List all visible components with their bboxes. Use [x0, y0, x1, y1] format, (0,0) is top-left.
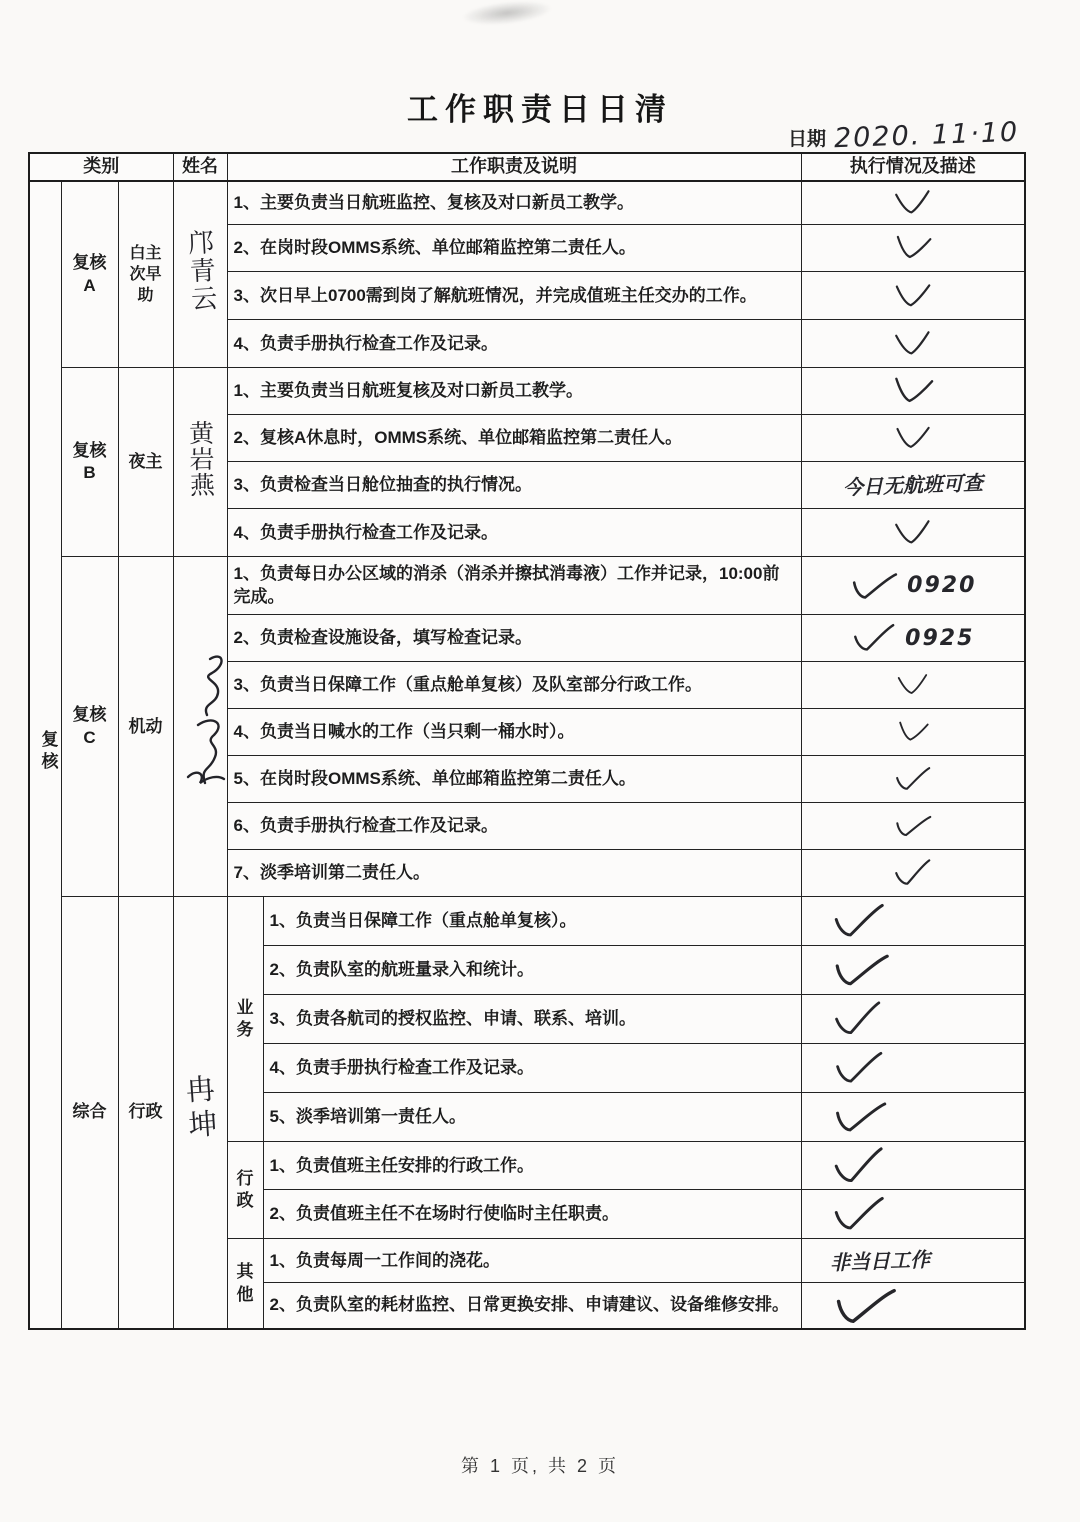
status-b1	[801, 368, 1025, 415]
task-d-adm2: 2、负责值班主任不在场时行使临时主任职责。	[263, 1190, 801, 1239]
task-d-biz3: 3、负责各航司的授权监控、申请、联系、培训。	[263, 995, 801, 1044]
task-row: 复核 复核A 白主次早助 邝青云 1、主要负责当日航班监控、复核及对口新员工教学…	[29, 181, 1025, 225]
task-c4: 4、负责当日喊水的工作（当只剩一桶水时）。	[227, 709, 801, 756]
status-c7	[801, 850, 1025, 897]
status-a3	[801, 272, 1025, 320]
checkmark-icon	[828, 950, 892, 990]
task-d-oth2: 2、负责队室的耗材监控、日常更换安排、申请建议、设备维修安排。	[263, 1283, 801, 1329]
task-a3: 3、次日早上0700需到岗了解航班情况，并完成值班主任交办的工作。	[227, 272, 801, 320]
task-d-biz5: 5、淡季培训第一责任人。	[263, 1093, 801, 1142]
task-row: 复核B 夜主 黄岩燕 1、主要负责当日航班复核及对口新员工教学。	[29, 368, 1025, 415]
checkmark-icon	[892, 188, 934, 218]
subcategory-other-cell: 其他	[227, 1239, 263, 1329]
date-line: 日期 2020. 11·10	[788, 120, 1019, 151]
duty-table: 类别 姓名 工作职责及说明 执行情况及描述 复核 复核A 白主次早助 邝青云 1…	[28, 152, 1026, 1330]
checkmark-icon	[851, 623, 898, 653]
status-b3: 今日无航班可查	[801, 462, 1025, 509]
status-c6	[801, 803, 1025, 850]
signature-a: 邝青云	[181, 228, 220, 314]
role-c-cell: 机动	[118, 557, 173, 897]
task-d-biz4: 4、负责手册执行检查工作及记录。	[263, 1044, 801, 1093]
task-a1: 1、主要负责当日航班监控、复核及对口新员工教学。	[227, 181, 801, 225]
checkmark-icon	[894, 669, 931, 702]
status-d-oth1: 非当日工作	[801, 1239, 1025, 1283]
checkmark-icon	[892, 518, 934, 548]
date-label: 日期	[788, 124, 826, 151]
date-value-handwritten: 2020. 11·10	[834, 117, 1020, 154]
status-c3	[801, 662, 1025, 709]
category-a-cell: 复核A	[61, 181, 118, 368]
status-c4	[801, 709, 1025, 756]
checkmark-icon	[890, 376, 936, 407]
status-d-biz2	[801, 946, 1025, 995]
task-b3: 3、负责检查当日舱位抽查的执行情况。	[227, 462, 801, 509]
task-d-oth1: 1、负责每周一工作间的浇花。	[263, 1239, 801, 1283]
status-a2	[801, 225, 1025, 272]
role-b-cell: 夜主	[118, 368, 173, 557]
status-d-oth2	[801, 1283, 1025, 1329]
role-a-cell: 白主次早助	[118, 181, 173, 368]
checkmark-icon	[829, 903, 888, 939]
checkmark-icon	[891, 426, 934, 451]
group-label-cell: 复核	[29, 181, 61, 1329]
signature-a-cell: 邝青云	[173, 181, 227, 368]
category-b-cell: 复核B	[61, 368, 118, 557]
status-note-c1: 0920	[907, 571, 976, 600]
status-d-biz4	[801, 1044, 1025, 1093]
checkmark-icon	[848, 569, 900, 602]
checkmark-icon	[828, 1000, 887, 1038]
header-name: 姓名	[173, 153, 227, 181]
status-c1: 0920	[801, 557, 1025, 615]
checkmark-icon	[891, 857, 934, 889]
header-duty: 工作职责及说明	[227, 153, 801, 181]
subcategory-admin-cell: 行政	[227, 1142, 263, 1239]
task-d-biz1: 1、负责当日保障工作（重点舱单复核）。	[263, 897, 801, 946]
task-a2: 2、在岗时段OMMS系统、单位邮箱监控第二责任人。	[227, 225, 801, 272]
role-d-cell: 行政	[118, 897, 173, 1329]
task-c7: 7、淡季培训第二责任人。	[227, 850, 801, 897]
checkmark-icon	[828, 1098, 890, 1136]
task-b1: 1、主要负责当日航班复核及对口新员工教学。	[227, 368, 801, 415]
checkmark-icon	[892, 234, 934, 263]
group-label: 复核	[36, 730, 58, 774]
task-c2: 2、负责检查设施设备，填写检查记录。	[227, 615, 801, 662]
status-note-c2: 0925	[905, 624, 974, 653]
status-c5	[801, 756, 1025, 803]
subcategory-business-cell: 业务	[227, 897, 263, 1142]
checkmark-icon	[893, 765, 932, 794]
status-d-adm2	[801, 1190, 1025, 1239]
status-d-adm1	[801, 1142, 1025, 1190]
signature-b: 黄岩燕	[183, 420, 217, 499]
checkmark-icon	[892, 329, 934, 359]
signature-d-cell: 冉坤	[173, 897, 227, 1329]
page-footer: 第 1 页, 共 2 页	[0, 1452, 1080, 1478]
category-d-cell: 综合	[61, 897, 118, 1329]
task-c6: 6、负责手册执行检查工作及记录。	[227, 803, 801, 850]
scan-smudge	[461, 0, 553, 29]
scanned-document-page: 工作职责日日清 日期 2020. 11·10 类别 姓名 工作职责及说明 执行情…	[0, 0, 1080, 1522]
checkmark-icon	[895, 716, 931, 748]
task-c5: 5、在岗时段OMMS系统、单位邮箱监控第二责任人。	[227, 756, 801, 803]
checkmark-icon	[828, 1146, 889, 1186]
task-d-adm1: 1、负责值班主任安排的行政工作。	[263, 1142, 801, 1190]
task-a4: 4、负责手册执行检查工作及记录。	[227, 320, 801, 368]
task-d-biz2: 2、负责队室的航班量录入和统计。	[263, 946, 801, 995]
status-b4	[801, 509, 1025, 557]
table-header-row: 类别 姓名 工作职责及说明 执行情况及描述	[29, 153, 1025, 181]
checkmark-icon	[829, 1196, 888, 1232]
status-d-biz5	[801, 1093, 1025, 1142]
status-a1	[801, 181, 1025, 225]
status-d-biz1	[801, 897, 1025, 946]
task-c3: 3、负责当日保障工作（重点舱单复核）及队室部分行政工作。	[227, 662, 801, 709]
checkmark-icon	[893, 812, 933, 841]
status-note-oth1: 非当日工作	[829, 1246, 930, 1276]
task-b2: 2、复核A休息时，OMMS系统、单位邮箱监控第二责任人。	[227, 415, 801, 462]
status-note-b3: 今日无航班可查	[842, 470, 983, 501]
signature-scribble-c	[180, 649, 228, 799]
signature-d: 冉坤	[178, 1073, 221, 1145]
checkmark-icon	[829, 1051, 888, 1085]
status-c2: 0925	[801, 615, 1025, 662]
category-c-cell: 复核C	[61, 557, 118, 897]
status-a4	[801, 320, 1025, 368]
task-c1: 1、负责每日办公区域的消杀（消杀并擦拭消毒液）工作并记录，10:00前完成。	[227, 557, 801, 615]
header-status: 执行情况及描述	[801, 153, 1025, 181]
checkmark-icon	[828, 1283, 901, 1328]
signature-b-cell: 黄岩燕	[173, 368, 227, 557]
task-row: 复核C 机动 1、负责每日办公区域的消杀（消杀并擦拭消毒液）工作并记录，10:0…	[29, 557, 1025, 615]
checkmark-icon	[892, 282, 933, 309]
task-b4: 4、负责手册执行检查工作及记录。	[227, 509, 801, 557]
status-b2	[801, 415, 1025, 462]
signature-c-cell	[173, 557, 227, 897]
header-category: 类别	[29, 153, 173, 181]
status-d-biz3	[801, 995, 1025, 1044]
task-row: 综合 行政 冉坤 业务 1、负责当日保障工作（重点舱单复核）。	[29, 897, 1025, 946]
